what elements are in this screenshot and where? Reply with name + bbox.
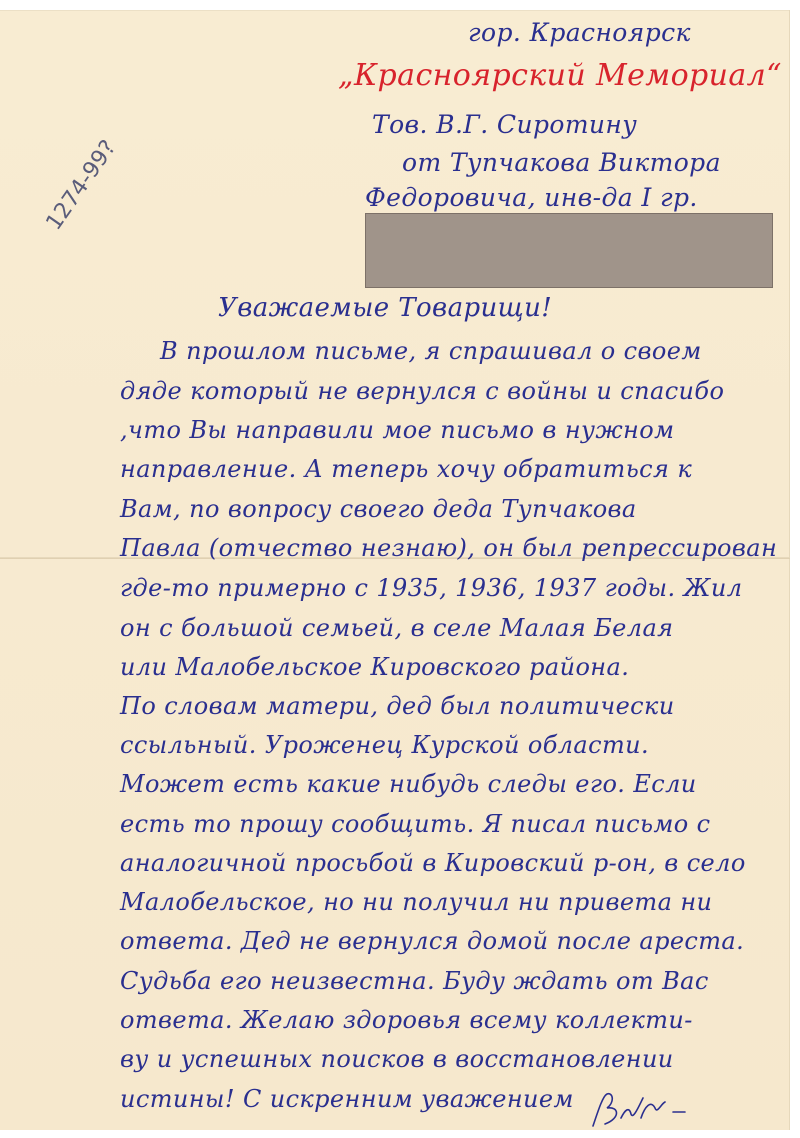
body-line: ответа. Дед не вернулся домой после арес… (120, 927, 744, 955)
redacted-block (365, 213, 773, 288)
body-line: ву и успешных поисков в восстановлении (120, 1045, 674, 1073)
body-line: В прошлом письме, я спрашивал о своем (160, 337, 702, 365)
letter-paper (0, 10, 790, 1130)
body-line: Малобельское, но ни получил ни привета н… (120, 888, 712, 916)
organization-stamp: „Красноярский Мемориал“ (338, 58, 782, 93)
letter-greeting: Уважаемые Товарищи! (218, 293, 552, 323)
body-line: направление. А теперь хочу обратиться к (120, 455, 692, 483)
body-line: По словам матери, дед был политически (120, 692, 675, 720)
header-sender-status: Федоровича, инв-да I гр. (365, 183, 698, 212)
body-line: ответа. Желаю здоровья всему коллекти- (120, 1006, 693, 1034)
body-line: дяде который не вернулся с войны и спаси… (120, 377, 724, 405)
body-line: Вам, по вопросу своего деда Тупчакова (120, 495, 637, 523)
body-line: аналогичной просьбой в Кировский р-он, в… (120, 849, 746, 877)
body-line: где-то примерно с 1935, 1936, 1937 годы.… (120, 574, 742, 602)
body-line: или Малобельское Кировского района. (120, 653, 629, 681)
body-line: есть то прошу сообщить. Я писал письмо с (120, 810, 710, 838)
signature-mark (585, 1088, 695, 1132)
body-line: Павла (отчество незнаю), он был репресси… (120, 534, 777, 562)
body-line: истины! С искренним уважением (120, 1085, 574, 1113)
header-addressee: Тов. В.Г. Сиротину (372, 110, 637, 139)
header-sender-name: от Тупчакова Виктора (402, 148, 721, 177)
body-line: ,что Вы направили мое письмо в нужном (120, 416, 674, 444)
body-line: он с большой семьей, в селе Малая Белая (120, 614, 673, 642)
body-line: ссыльный. Уроженец Курской области. (120, 731, 649, 759)
body-line: Судьба его неизвестна. Буду ждать от Вас (120, 967, 709, 995)
header-city: гор. Красноярск (468, 18, 691, 47)
body-line: Может есть какие нибудь следы его. Если (120, 770, 697, 798)
